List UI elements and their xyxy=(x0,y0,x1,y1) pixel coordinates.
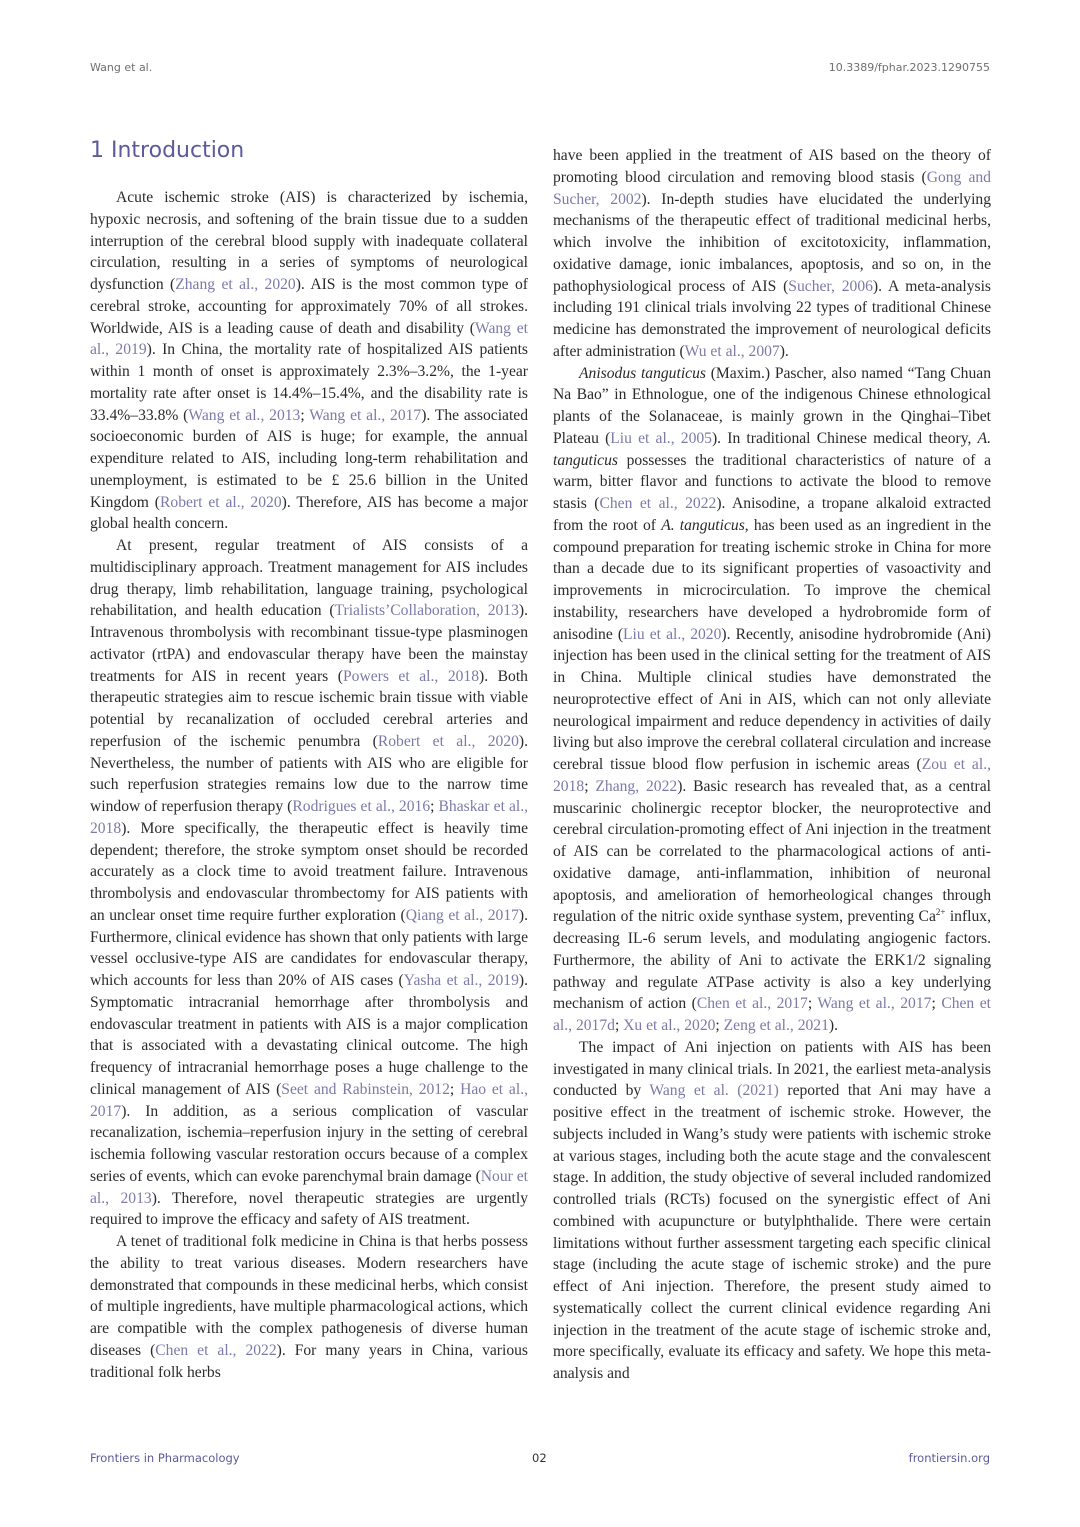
body-paragraph: Anisodus tanguticus (Maxim.) Pascher, al… xyxy=(553,363,991,1037)
citation-link[interactable]: Liu et al., 2020 xyxy=(623,626,721,643)
citation-link[interactable]: Chen et al., 2022 xyxy=(599,495,716,512)
footer-page-number: 02 xyxy=(532,1451,547,1465)
citation-link[interactable]: Powers et al., 2018 xyxy=(343,668,479,685)
citation-link[interactable]: Chen et al., 2022 xyxy=(155,1342,276,1359)
citation-link[interactable]: Zeng et al., 2021 xyxy=(724,1017,829,1034)
left-column: Acute ischemic stroke (AIS) is character… xyxy=(90,187,528,1383)
citation-link[interactable]: Wang et al., 2017 xyxy=(817,995,931,1012)
citation-link[interactable]: Robert et al., 2020 xyxy=(378,733,519,750)
citation-link[interactable]: Wu et al., 2007 xyxy=(685,343,780,360)
citation-link[interactable]: Wang et al. (2021) xyxy=(649,1082,778,1099)
footer-journal: Frontiers in Pharmacology xyxy=(90,1451,240,1465)
citation-link[interactable]: Chen et al., 2017 xyxy=(697,995,808,1012)
citation-link[interactable]: Robert et al., 2020 xyxy=(160,494,282,511)
body-paragraph: The impact of Ani injection on patients … xyxy=(553,1037,991,1385)
citation-link[interactable]: Rodrigues et al., 2016 xyxy=(292,798,430,815)
citation-link[interactable]: Zhang et al., 2020 xyxy=(175,276,296,293)
citation-link[interactable]: Yasha et al., 2019 xyxy=(404,972,519,989)
italic-species-name: Anisodus tanguticus xyxy=(579,365,706,382)
body-paragraph: have been applied in the treatment of AI… xyxy=(553,145,991,363)
citation-link[interactable]: Wang et al., 2019 xyxy=(90,320,528,359)
citation-link[interactable]: Seet and Rabinstein, 2012 xyxy=(281,1081,450,1098)
citation-link[interactable]: Trialists’Collaboration, 2013 xyxy=(335,602,519,619)
citation-link[interactable]: Wang et al., 2017 xyxy=(309,407,421,424)
citation-link[interactable]: Zhang, 2022 xyxy=(595,778,677,795)
running-head-doi: 10.3389/fphar.2023.1290755 xyxy=(829,61,990,74)
paper-page: Wang et al. 10.3389/fphar.2023.1290755 1… xyxy=(0,0,1080,1527)
right-column: have been applied in the treatment of AI… xyxy=(553,145,991,1385)
citation-link[interactable]: Nour et al., 2013 xyxy=(90,1168,528,1207)
footer-website[interactable]: frontiersin.org xyxy=(909,1451,990,1465)
body-paragraph: Acute ischemic stroke (AIS) is character… xyxy=(90,187,528,535)
citation-link[interactable]: Qiang et al., 2017 xyxy=(406,907,519,924)
body-paragraph: At present, regular treatment of AIS con… xyxy=(90,535,528,1231)
citation-link[interactable]: Gong and Sucher, 2002 xyxy=(553,169,991,208)
citation-link[interactable]: Wang et al., 2013 xyxy=(188,407,300,424)
citation-link[interactable]: Sucher, 2006 xyxy=(788,278,873,295)
body-paragraph: A tenet of traditional folk medicine in … xyxy=(90,1231,528,1383)
section-title: 1 Introduction xyxy=(90,138,244,163)
citation-link[interactable]: Liu et al., 2005 xyxy=(610,430,712,447)
italic-species-name: A. tanguticus xyxy=(661,517,745,534)
superscript: 2+ xyxy=(936,907,946,917)
citation-link[interactable]: Xu et al., 2020 xyxy=(623,1017,715,1034)
running-head-authors: Wang et al. xyxy=(90,61,152,74)
